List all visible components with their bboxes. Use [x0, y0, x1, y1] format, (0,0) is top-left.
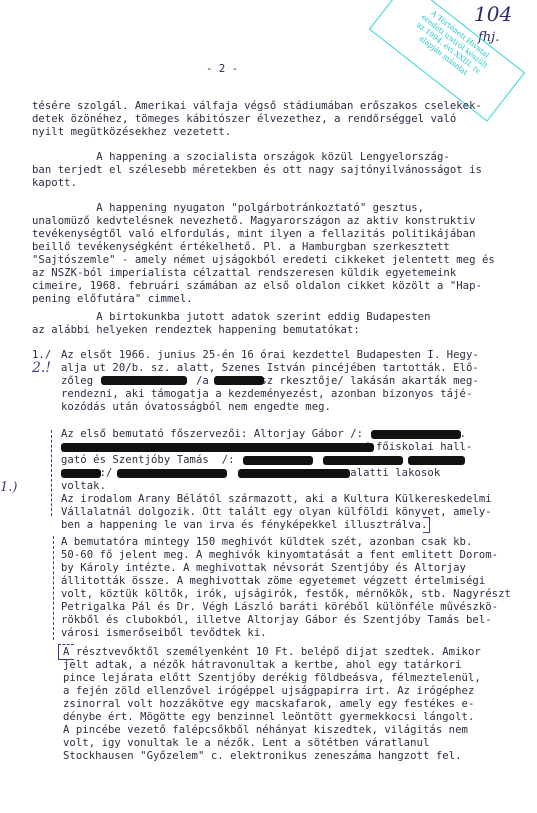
paragraph-line: ban terjedt el szélesebb méretekben és o… [32, 164, 482, 176]
event-line: A résztvevőktől személyenként 10 Ft. bel… [63, 646, 481, 658]
page-marker: - 2 - [206, 63, 238, 75]
invitations-line: volt, köztük költők, irók, ujságirók, fe… [61, 588, 511, 600]
redaction [214, 376, 264, 385]
invitations-line: állitották össze. A meghivottak zöme egy… [61, 575, 485, 587]
paragraph-line: pening előfutára" cimmel. [32, 293, 193, 305]
paragraph-line: cimeire, 1968. februári számában az első… [32, 280, 482, 292]
margin-mark: 1.) [0, 480, 17, 495]
redaction [61, 469, 101, 478]
invitations-line: városi ismerőseiből tevődtek ki. [61, 627, 267, 639]
redaction [243, 456, 313, 465]
paragraph-line: nyilt megütközésekhez vezetett. [32, 126, 231, 138]
invitations-line: rökből és clubokból, illetve Altorjay Gá… [61, 614, 492, 626]
redaction [408, 456, 465, 465]
bracket-mark [423, 517, 430, 533]
paragraph-line: az NSZK-ból imperialista célzattal rends… [32, 267, 456, 279]
margin-mark: 2.! [32, 360, 51, 376]
paragraph-line: "Sajtószemle" - amely német ujságokból e… [32, 254, 495, 266]
redaction [117, 469, 227, 478]
paragraph-line: A birtokunkba jutott adatok szerint eddi… [32, 311, 431, 323]
redaction [101, 376, 187, 385]
paragraph-line: kapott. [32, 177, 77, 189]
redaction [61, 443, 374, 452]
paragraph-line: beillő tevékenységként értékelhető. Pl. … [32, 241, 450, 253]
document-page: 104 fhj. A Történeti Hivatal eredeti ira… [0, 0, 537, 813]
invitations-line: by Károly intézte. A meghivottak névsorá… [61, 562, 466, 574]
organizers-line: ben a happening le van irva és fényképek… [61, 519, 427, 531]
event-line: volt, igy vonultak le a nézők. Lent a sö… [63, 737, 429, 749]
redaction [238, 469, 350, 478]
event-line: pince lejárata előtt Szentjóby derékig f… [63, 672, 481, 684]
invitations-line: Petrigalka Pál és Dr. Végh László baráti… [61, 601, 498, 613]
redaction [371, 430, 461, 439]
margin-bracket [53, 536, 54, 640]
item-line: rendezni, aki támogatja a kezdeményezést… [61, 388, 472, 400]
event-line: dénybe ért. Mögötte egy benzinnel leöntö… [63, 711, 474, 723]
event-line: zsinorral volt hozzákötve egy macskafaro… [63, 698, 474, 710]
paragraph-line: A happening a szocialista országok közül… [32, 151, 450, 163]
event-line: A pincébe vezető falépcsőkből néhányat k… [63, 724, 468, 736]
margin-bracket [51, 430, 52, 516]
invitations-line: 50-60 fő jelent meg. A meghivók kinyomta… [61, 549, 498, 561]
event-line: jelt adtak, a nézők hátravonultak a kert… [63, 659, 462, 671]
event-line: Stockhausen "Győzelem" c. elektronikus z… [63, 750, 462, 762]
paragraph-line: A happening nyugaton "polgárbotránkoztat… [32, 202, 424, 214]
item-line: Az elsőt 1966. junius 25-én 16 órai kezd… [61, 349, 479, 361]
redaction [323, 456, 403, 465]
handwritten-page-number: 104 [474, 2, 512, 26]
organizers-line: Az irodalom Arany Bélától származott, ak… [61, 493, 492, 505]
paragraph-line: tevékenységtől való elfordulás, mint ily… [32, 228, 476, 240]
invitations-line: A bemutatóra mintegy 150 meghivót küldte… [61, 536, 472, 548]
organizers-line: voltak. [61, 480, 106, 492]
paragraph-line: tésére szolgál. Amerikai válfaja végső s… [32, 100, 482, 112]
paragraph-line: detek özönéhez, tömeges kábitószer élvez… [32, 113, 456, 125]
paragraph-line: unalomüző kedvtelésnek nevezhető. Magyar… [32, 215, 476, 227]
item-line: alja ut 20/b. sz. alatt, Szenes István p… [61, 362, 479, 374]
item-line: kozódás után óvatosságból nem engedte me… [61, 401, 331, 413]
paragraph-line: az alábbi helyeken rendeztek happening b… [32, 324, 360, 336]
event-line: a fején zöld ellenzővel irógéppel ujságp… [63, 685, 474, 697]
